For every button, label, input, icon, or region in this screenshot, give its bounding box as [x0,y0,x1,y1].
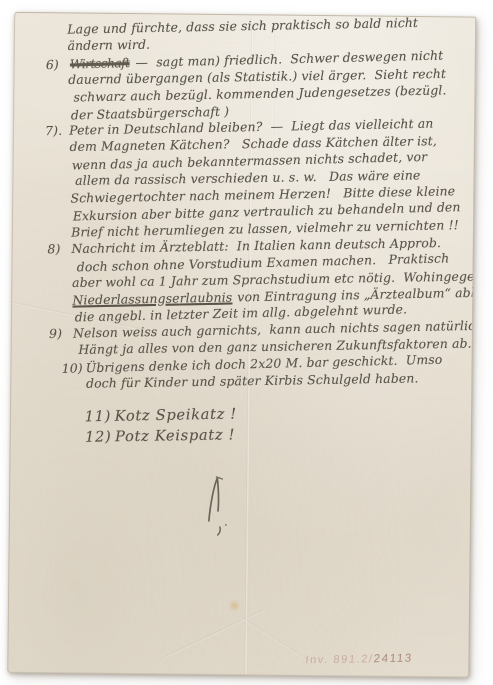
item-number [45,139,69,156]
item-number [54,342,78,359]
item-number [48,275,72,292]
paper-stain [229,599,240,612]
item-number: 9) [49,326,73,343]
closing-items: 11)Kotz Speikatz ! 12)Potz Keispatz ! [50,399,476,449]
item-number [44,72,68,89]
signature-mark [202,475,237,537]
item-number [49,89,73,106]
line-text: Kotz Speikatz ! [114,403,237,426]
letter-page: Lage und fürchte, dass sie sich praktisc… [7,12,476,678]
item-number [43,22,67,39]
item-number [43,38,67,55]
item-number: 11) [84,406,114,428]
item-number: 8) [47,241,71,258]
item-number [51,173,75,190]
item-number [48,292,72,309]
item-number [62,376,86,393]
line-text: der Staatsbürgerschaft ) [71,103,230,124]
item-number [49,208,73,225]
item-number [47,224,71,241]
handwritten-text-block: Lage und fürchte, dass sie sich praktisc… [43,14,476,449]
archive-prefix: Inv. 891.2/ [305,653,374,666]
archive-digits: 24113 [373,653,413,666]
bottom-crumple-crease [164,609,264,658]
scan-background: Lage und fürchte, dass sie sich praktisc… [0,0,493,685]
archive-number: Inv. 891.2/24113 [305,653,413,667]
line-text: Potz Keispatz ! [115,424,235,447]
item-number: 12) [85,426,115,447]
item-number: 7). [45,123,69,140]
item-number [46,191,70,208]
item-number [51,310,75,327]
line-text: ändern wird. [67,37,150,55]
item-number [47,107,71,124]
